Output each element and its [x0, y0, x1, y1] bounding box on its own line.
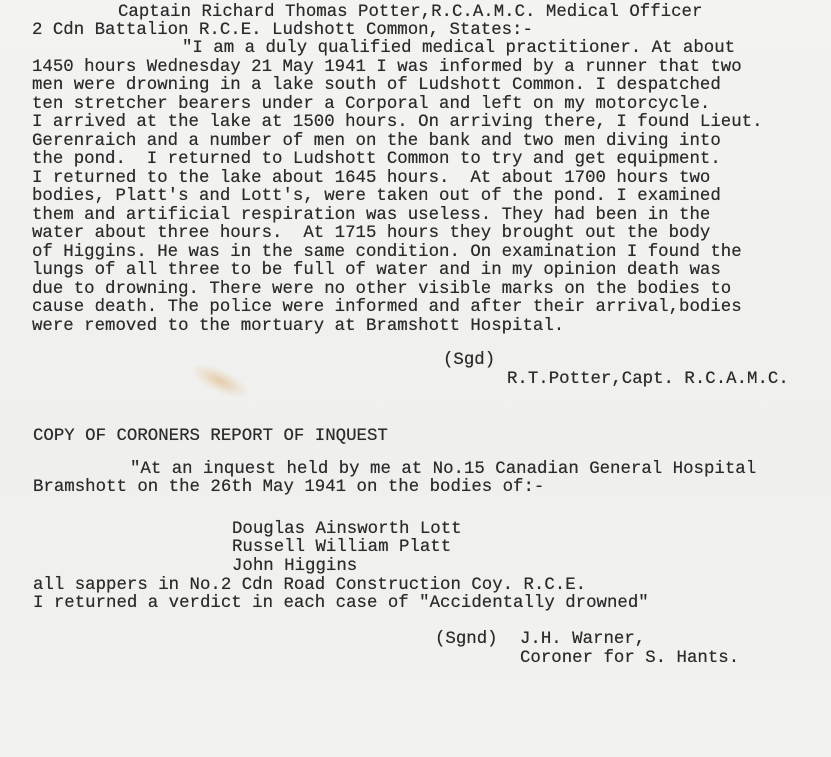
deceased-name: Russell William Platt [232, 539, 451, 557]
statement-line: 1450 hours Wednesday 21 May 1941 I was i… [32, 59, 742, 77]
signature-warner: J.H. Warner, [520, 631, 645, 649]
signed-marker: (Sgnd) [435, 631, 498, 649]
statement-line: bodies, Platt's and Lott's, were taken o… [32, 188, 721, 206]
statement-line: the pond. I returned to Ludshott Common … [32, 151, 721, 169]
statement-line: due to drowning. There were no other vis… [32, 281, 731, 299]
statement-line: ten stretcher bearers under a Corporal a… [32, 96, 710, 114]
deceased-name: Douglas Ainsworth Lott [232, 521, 462, 539]
statement-line: "I am a duly qualified medical practitio… [182, 40, 735, 58]
inquest-line: I returned a verdict in each case of "Ac… [33, 595, 649, 613]
statement-line: them and artificial respiration was usel… [32, 207, 710, 225]
statement-line: Captain Richard Thomas Potter,R.C.A.M.C.… [118, 4, 702, 22]
inquest-line: "At an inquest held by me at No.15 Canad… [130, 461, 756, 479]
statement-line: I arrived at the lake at 1500 hours. On … [32, 114, 763, 132]
statement-line: I returned to the lake about 1645 hours.… [32, 170, 710, 188]
inquest-line: Bramshott on the 26th May 1941 on the bo… [33, 479, 544, 497]
paper-stain [188, 358, 252, 403]
statement-line: were removed to the mortuary at Bramshot… [32, 318, 564, 336]
statement-line: water about three hours. At 1715 hours t… [32, 225, 710, 243]
inquest-line: all sappers in No.2 Cdn Road Constructio… [33, 577, 586, 595]
coroner-title: Coroner for S. Hants. [520, 650, 739, 668]
signed-marker: (Sgd) [443, 352, 495, 370]
statement-line: cause death. The police were informed an… [32, 299, 742, 317]
deceased-name: John Higgins [232, 558, 357, 576]
statement-line: men were drowning in a lake south of Lud… [32, 77, 721, 95]
statement-line: 2 Cdn Battalion R.C.E. Ludshott Common, … [32, 22, 533, 40]
inquest-heading: COPY OF CORONERS REPORT OF INQUEST [33, 428, 388, 446]
document-page: Captain Richard Thomas Potter,R.C.A.M.C.… [0, 0, 831, 757]
signature-potter: R.T.Potter,Capt. R.C.A.M.C. [507, 371, 789, 389]
statement-line: of Higgins. He was in the same condition… [32, 244, 742, 262]
statement-line: lungs of all three to be full of water a… [32, 262, 721, 280]
statement-line: Gerenraich and a number of men on the ba… [32, 133, 721, 151]
